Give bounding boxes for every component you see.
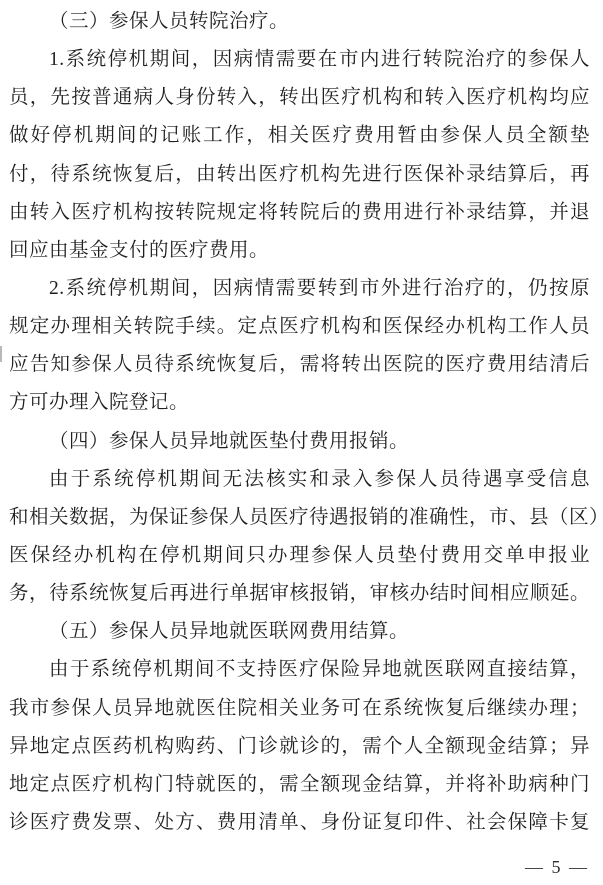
section-heading-5: （五）参保人员异地就医联网费用结算。: [9, 613, 590, 651]
body-line: 1.系统停机期间，因病情需要在市内进行转院治疗的参保人: [9, 41, 590, 79]
body-line: 2.系统停机期间，因病情需要转到市外进行治疗的，仍按原: [9, 270, 590, 308]
body-line: 方可办理入院登记。: [9, 384, 590, 422]
body-line: 员，先按普通病人身份转入，转出医疗机构和转入医疗机构均应: [9, 79, 590, 117]
body-line: 诊医疗费发票、处方、费用清单、身份证复印件、社会保障卡复: [9, 804, 590, 842]
page-number: — 5 —: [525, 856, 589, 878]
body-line: 医保经办机构在停机期间只办理参保人员垫付费用交单申报业: [9, 537, 590, 575]
body-line: 异地定点医药机构购药、门诊就诊的，需个人全额现金结算；异: [9, 728, 590, 766]
body-line: 我市参保人员异地就医住院相关业务可在系统恢复后继续办理；: [9, 690, 590, 728]
body-line: 应告知参保人员待系统恢复后，需将转出医院的医疗费用结清后: [9, 346, 590, 384]
scan-edge-artifact: [0, 346, 2, 362]
section-heading-3: （三）参保人员转院治疗。: [9, 3, 590, 41]
body-line: 做好停机期间的记账工作，相关医疗费用暂由参保人员全额垫: [9, 117, 590, 155]
body-line: 务，待系统恢复后再进行单据审核报销，审核办结时间相应顺延。: [9, 575, 590, 613]
body-line: 地定点医疗机构门特就医的，需全额现金结算，并将补助病种门: [9, 766, 590, 804]
document-page: （三）参保人员转院治疗。 1.系统停机期间，因病情需要在市内进行转院治疗的参保人…: [0, 0, 603, 885]
body-line: 回应由基金支付的医疗费用。: [9, 232, 590, 270]
body-line: 付，待系统恢复后，由转出医疗机构先进行医保补录结算后，再: [9, 156, 590, 194]
body-line: 由于系统停机期间不支持医疗保险异地就医联网直接结算，: [9, 651, 590, 689]
section-heading-4: （四）参保人员异地就医垫付费用报销。: [9, 423, 590, 461]
body-line: 和相关数据，为保证参保人员医疗待遇报销的准确性，市、县（区）: [9, 499, 590, 537]
body-line: 由转入医疗机构按转院规定将转院后的费用进行补录结算，并退: [9, 194, 590, 232]
body-line: 规定办理相关转院手续。定点医疗机构和医保经办机构工作人员: [9, 308, 590, 346]
body-line: 由于系统停机期间无法核实和录入参保人员待遇享受信息: [9, 461, 590, 499]
document-body: （三）参保人员转院治疗。 1.系统停机期间，因病情需要在市内进行转院治疗的参保人…: [9, 3, 590, 842]
